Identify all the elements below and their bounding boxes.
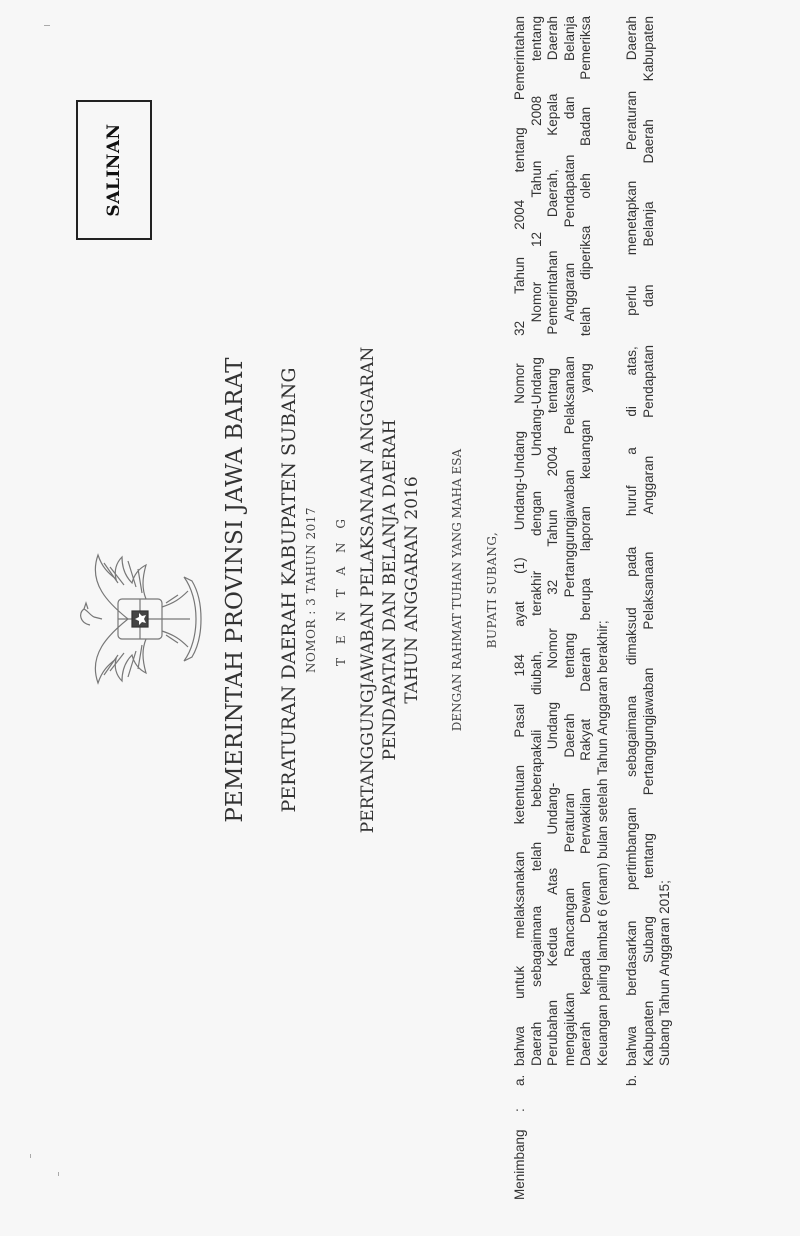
paragraph-line: Daerah kepada Dewan Perwakilan Rakyat Da… xyxy=(578,16,595,1066)
salinan-label: SALINAN xyxy=(104,123,124,216)
regulation-subject: PERTANGGUNGJAWABAN PELAKSANAAN ANGGARAN … xyxy=(357,0,423,1236)
document-page: SALINAN xyxy=(0,0,800,1236)
salinan-stamp: SALINAN xyxy=(76,100,152,240)
scan-mark xyxy=(58,1172,59,1176)
considerations-label: Menimbang xyxy=(512,1129,527,1200)
regulation-title: PERATURAN DAERAH KABUPATEN SUBANG xyxy=(278,0,300,1236)
paragraph-line: Perubahan Kedua Atas Undang- Undang Nomo… xyxy=(545,16,562,1066)
paragraph-line: bahwa untuk melaksanakan ketentuan Pasal… xyxy=(512,16,529,1066)
about-label: T E N T A N G xyxy=(334,0,348,1236)
paragraph-line: bahwa berdasarkan pertimbangan sebagaima… xyxy=(624,16,641,1066)
subject-line: PENDAPATAN DAN BELANJA DAERAH xyxy=(379,0,401,1236)
paragraph-line: Kabupaten Subang tentang Pertanggungjawa… xyxy=(641,16,658,1066)
considerations-separator: : xyxy=(512,1108,527,1112)
paragraph-line: Subang Tahun Anggaran 2015; xyxy=(657,16,674,1066)
regulation-number: NOMOR : 3 TAHUN 2017 xyxy=(304,0,318,1236)
government-heading: PEMERINTAH PROVINSI JAWA BARAT xyxy=(222,0,248,1236)
paragraph-line: Daerah sebagaimana telah beberapakali di… xyxy=(529,16,546,1066)
garuda-pancasila-emblem-icon xyxy=(58,543,210,695)
subject-line: PERTANGGUNGJAWABAN PELAKSANAAN ANGGARAN xyxy=(357,0,379,1236)
paragraph-line: Keuangan paling lambat 6 (enam) bulan se… xyxy=(595,16,612,1066)
invocation: DENGAN RAHMAT TUHAN YANG MAHA ESA xyxy=(450,0,464,1236)
consideration-item-a: bahwa untuk melaksanakan ketentuan Pasal… xyxy=(512,16,611,1066)
consideration-item-b: bahwa berdasarkan pertimbangan sebagaima… xyxy=(624,16,674,1066)
paragraph-line: mengajukan Rancangan Peraturan Daerah te… xyxy=(562,16,579,1066)
scan-mark xyxy=(30,1154,31,1158)
official-title: BUPATI SUBANG, xyxy=(485,0,499,1236)
item-letter: b. xyxy=(624,1075,639,1086)
item-letter: a. xyxy=(512,1075,527,1086)
scan-mark xyxy=(44,25,50,26)
subject-line: TAHUN ANGGARAN 2016 xyxy=(401,0,423,1236)
